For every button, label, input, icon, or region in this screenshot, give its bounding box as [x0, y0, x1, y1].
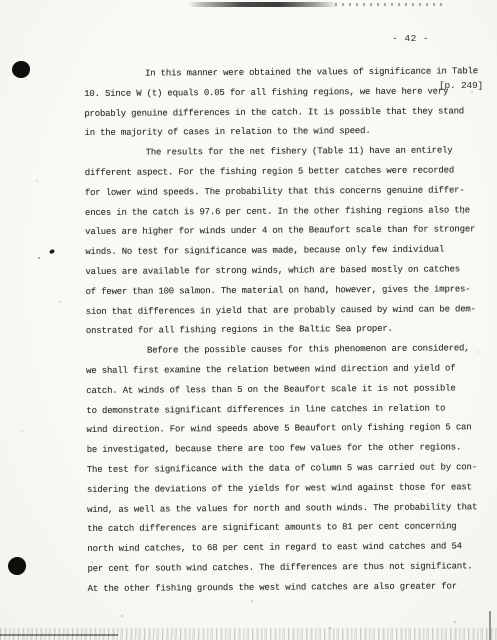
top-edge-ink-smudge-tail: [335, 3, 445, 6]
text-line: ences in the catch is 97.6 per cent. In …: [85, 201, 485, 224]
text-line: The test for significance with the data …: [87, 458, 487, 481]
text-line: catch. At winds of less than 5 on the Be…: [86, 379, 486, 402]
text-line: per cent for south wind catches. The dif…: [87, 557, 487, 580]
text-line: wind, as well as the values for north an…: [87, 498, 487, 521]
text-line: the catch differences are significant am…: [87, 518, 487, 541]
text-line: to demonstrate significant differences i…: [86, 399, 486, 422]
text-line: 10. Since W (t) equals 0.05 for all fish…: [84, 82, 484, 105]
text-line: values are higher for winds under 4 on t…: [85, 221, 485, 244]
text-line: be investigated, because there are too f…: [87, 438, 487, 461]
stray-ink-mark: [49, 248, 55, 254]
text-line: we shall first examine the relation betw…: [86, 359, 486, 382]
text-line: onstrated for all fishing regions in the…: [86, 320, 486, 343]
bottom-edge-line: [0, 634, 118, 636]
text-line: in the majority of cases in relation to …: [84, 122, 484, 145]
text-line: The results for the net fishery (Table 1…: [85, 141, 485, 164]
top-edge-ink-smudge: [188, 2, 338, 7]
text-line: sion that differences in yield that are …: [86, 300, 486, 323]
hole-punch-mark: [12, 61, 30, 78]
text-line: probably genuine differences in the catc…: [84, 102, 484, 125]
text-line: sidering the deviations of the yields fo…: [87, 478, 487, 501]
right-edge-line: [489, 611, 491, 640]
text-line: for lower wind speeds. The probability t…: [85, 181, 485, 204]
text-line: winds. No test for significance was made…: [85, 240, 485, 263]
text-line: different aspect. For the fishing region…: [85, 161, 485, 184]
text-line: wind direction. For wind speeds above 5 …: [86, 419, 486, 442]
text-line: of fewer than 100 salmon. The material o…: [86, 280, 486, 303]
text-line: values are available for strong winds, w…: [85, 260, 485, 283]
text-block: In this manner were obtained the values …: [84, 62, 488, 599]
stray-ink-dot: [38, 257, 40, 259]
text-line: Before the possible causes for this phen…: [86, 339, 486, 362]
text-line: At the other fishing grounds the west wi…: [88, 577, 488, 600]
scanned-document-page: - 42 - [p. 249] In this manner were obta…: [0, 0, 497, 640]
hole-punch-mark: [8, 557, 26, 575]
text-line: In this manner were obtained the values …: [84, 62, 484, 85]
text-line: north wind catches, to 68 per cent in re…: [87, 537, 487, 560]
page-number: - 42 -: [392, 33, 429, 44]
